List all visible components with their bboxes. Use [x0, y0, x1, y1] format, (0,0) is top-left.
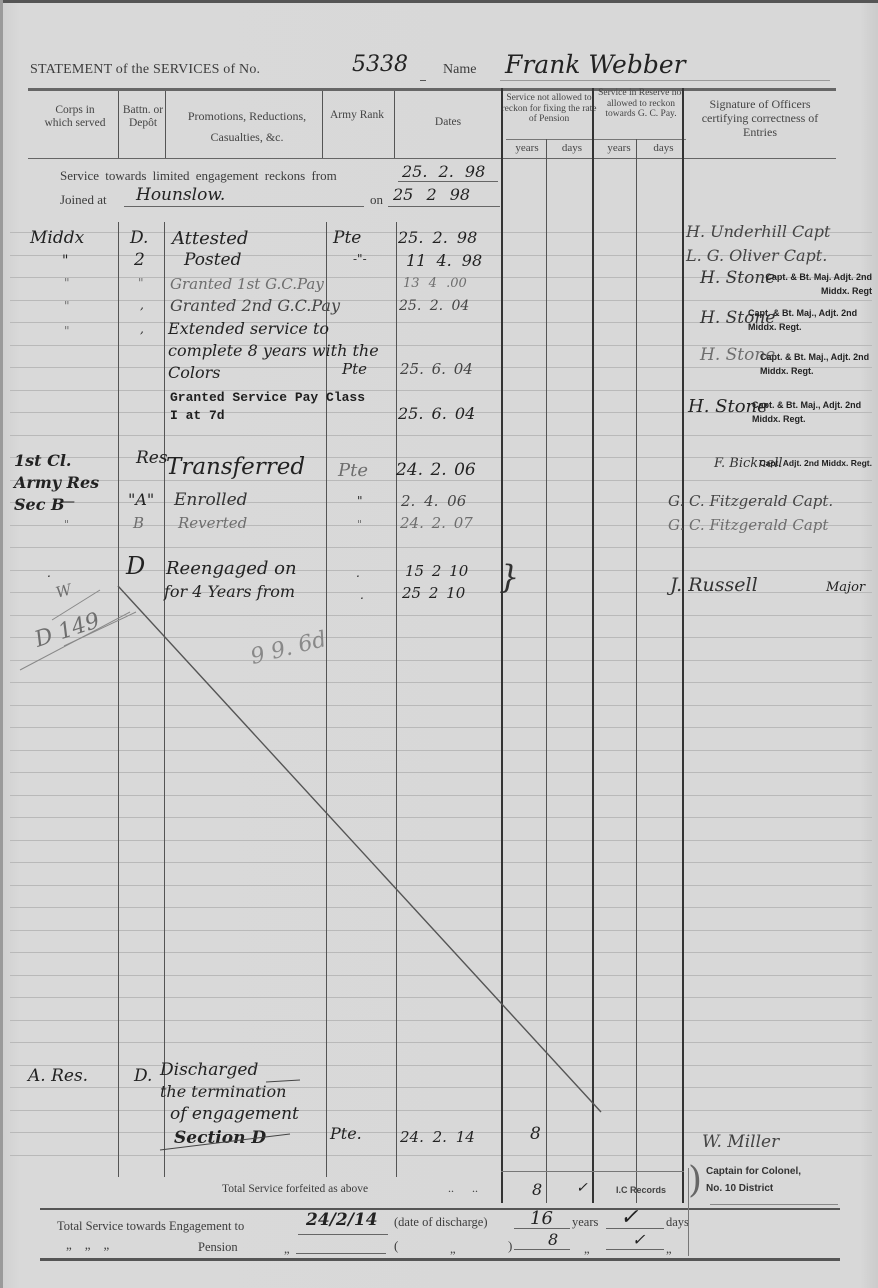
service-record-page: STATEMENT of the SERVICES of No. 5338 Na…	[0, 0, 878, 1288]
cancel-diagonal-line	[0, 0, 878, 1288]
